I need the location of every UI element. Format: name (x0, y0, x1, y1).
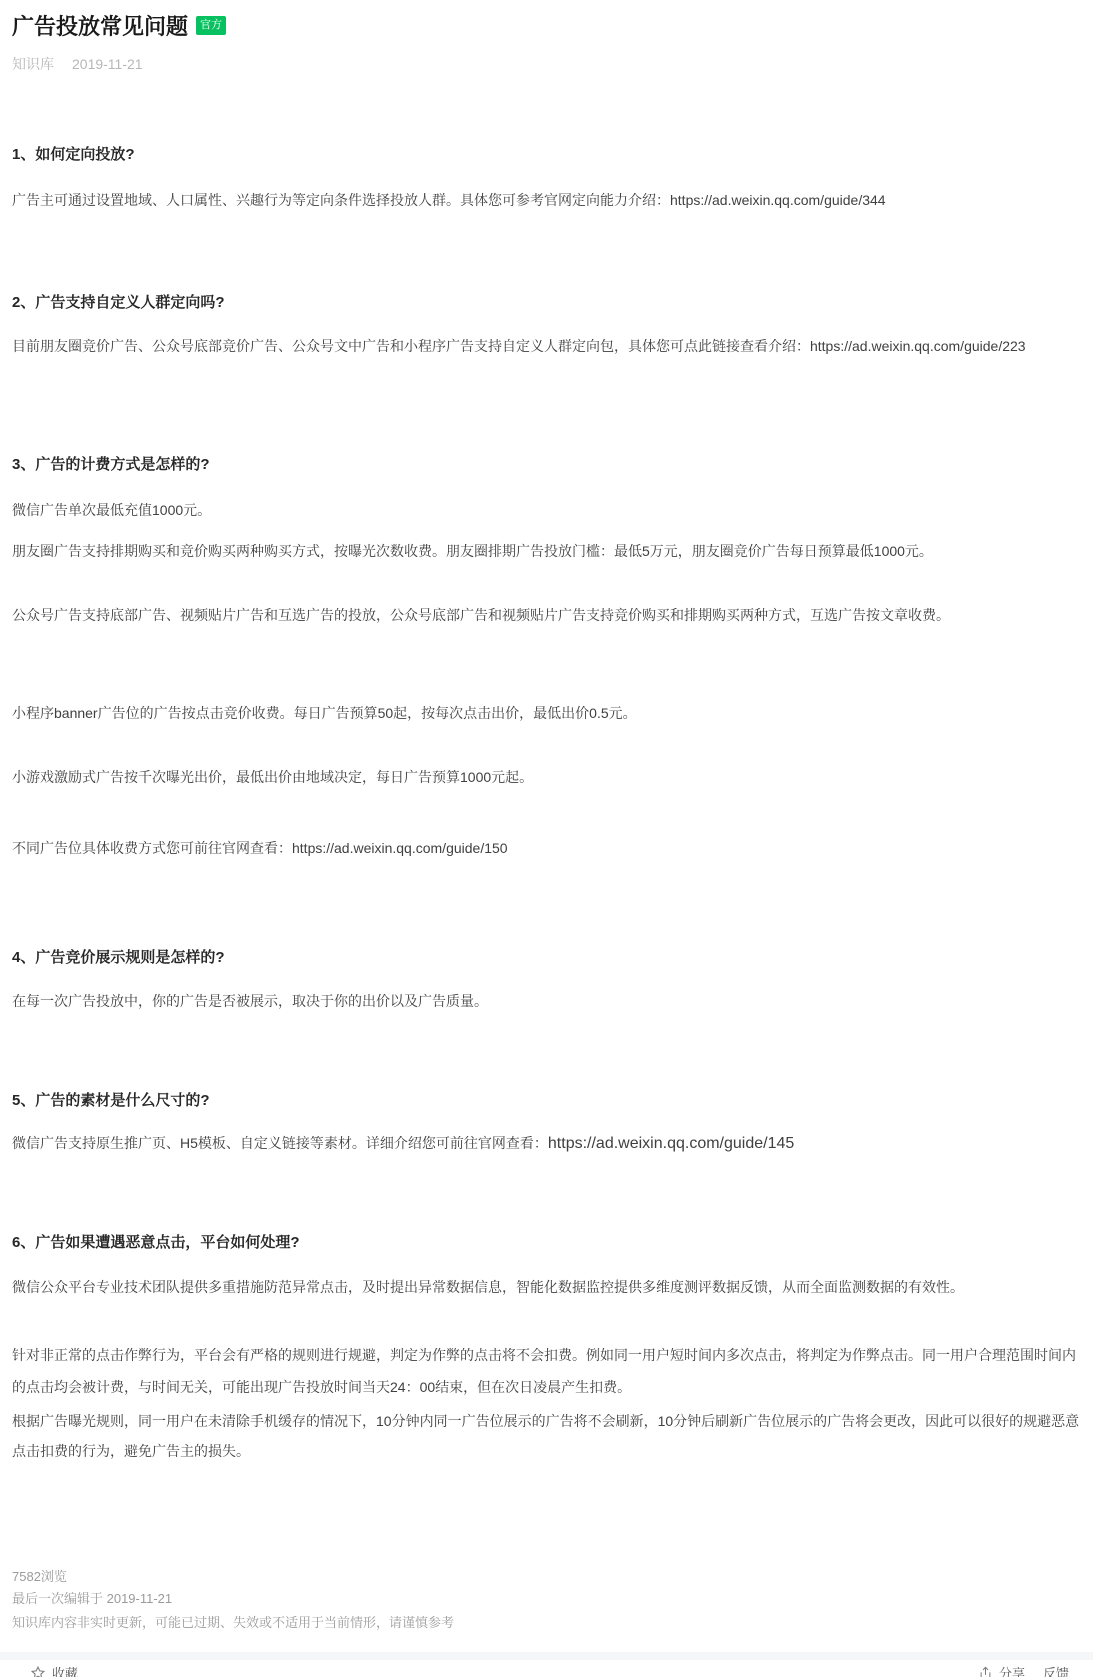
share-label: 分享 (999, 1663, 1025, 1677)
favorite-label: 收藏 (52, 1663, 78, 1677)
answer-paragraph: 目前朋友圈竞价广告、公众号底部竞价广告、公众号文中广告和小程序广告支持自定义人群… (12, 331, 1082, 361)
answer-paragraph: 小游戏激励式广告按千次曝光出价，最低出价由地域决定，每日广告预算1000元起。 (12, 762, 1082, 792)
answer-paragraph: 根据广告曝光规则，同一用户在未清除手机缓存的情况下，10分钟内同一广告位展示的广… (12, 1406, 1082, 1466)
question-heading-2: 2、广告支持自定义人群定向吗? (12, 293, 1082, 313)
feedback-label: 反馈 (1043, 1663, 1069, 1677)
guide-url: https://ad.weixin.qq.com/guide/145 (548, 1135, 794, 1152)
action-bar: 收藏 分享 反馈 (0, 1660, 1093, 1677)
feedback-button[interactable]: 反馈 (1043, 1663, 1069, 1677)
answer-paragraph: 微信广告单次最低充值1000元。 (12, 495, 1082, 525)
share-button[interactable]: 分享 (978, 1663, 1025, 1677)
view-count: 7582浏览 (12, 1568, 1082, 1586)
title-row: 广告投放常见问题 官方 (12, 12, 1082, 42)
share-icon (978, 1665, 993, 1677)
answer-paragraph: 微信广告支持原生推广页、H5模板、自定义链接等素材。详细介绍您可前往官网查看：h… (12, 1128, 1082, 1159)
official-badge: 官方 (196, 16, 226, 35)
answer-paragraph: 不同广告位具体收费方式您可前往官网查看：https://ad.weixin.qq… (12, 833, 1082, 863)
favorite-button[interactable]: 收藏 (30, 1663, 78, 1677)
publish-date: 2019-11-21 (72, 56, 143, 72)
answer-paragraph: 广告主可通过设置地域、人口属性、兴趣行为等定向条件选择投放人群。具体您可参考官网… (12, 185, 1082, 215)
article-meta: 知识库2019-11-21 (12, 54, 1082, 74)
question-heading-1: 1、如何定向投放? (12, 145, 1082, 165)
source-label: 知识库 (12, 56, 54, 72)
question-heading-6: 6、广告如果遭遇恶意点击，平台如何处理? (12, 1233, 1082, 1253)
article-page: 广告投放常见问题 官方 知识库2019-11-21 1、如何定向投放? 广告主可… (0, 0, 1093, 1677)
question-heading-4: 4、广告竞价展示规则是怎样的? (12, 948, 1082, 968)
disclaimer: 知识库内容非实时更新，可能已过期、失效或不适用于当前情形，请谨慎参考 (12, 1614, 1082, 1632)
answer-paragraph: 朋友圈广告支持排期购买和竞价购买两种购买方式，按曝光次数收费。朋友圈排期广告投放… (12, 536, 1082, 566)
last-edited: 最后一次编辑于 2019-11-21 (12, 1590, 1082, 1608)
star-icon (30, 1665, 46, 1677)
page-title: 广告投放常见问题 (12, 12, 188, 42)
question-heading-3: 3、广告的计费方式是怎样的? (12, 455, 1082, 475)
question-heading-5: 5、广告的素材是什么尺寸的? (12, 1091, 1082, 1111)
answer-paragraph: 公众号广告支持底部广告、视频贴片广告和互选广告的投放，公众号底部广告和视频贴片广… (12, 600, 1082, 630)
answer-paragraph: 针对非正常的点击作弊行为，平台会有严格的规则进行规避，判定为作弊的点击将不会扣费… (12, 1339, 1082, 1403)
answer-paragraph: 小程序banner广告位的广告按点击竞价收费。每日广告预算50起，按每次点击出价… (12, 698, 1082, 728)
answer-text: 微信广告支持原生推广页、H5模板、自定义链接等素材。详细介绍您可前往官网查看： (12, 1135, 548, 1151)
answer-paragraph: 在每一次广告投放中，你的广告是否被展示，取决于你的出价以及广告质量。 (12, 986, 1082, 1016)
answer-paragraph: 微信公众平台专业技术团队提供多重措施防范异常点击，及时提出异常数据信息，智能化数… (12, 1271, 1082, 1303)
page-gap-divider (0, 1652, 1093, 1660)
